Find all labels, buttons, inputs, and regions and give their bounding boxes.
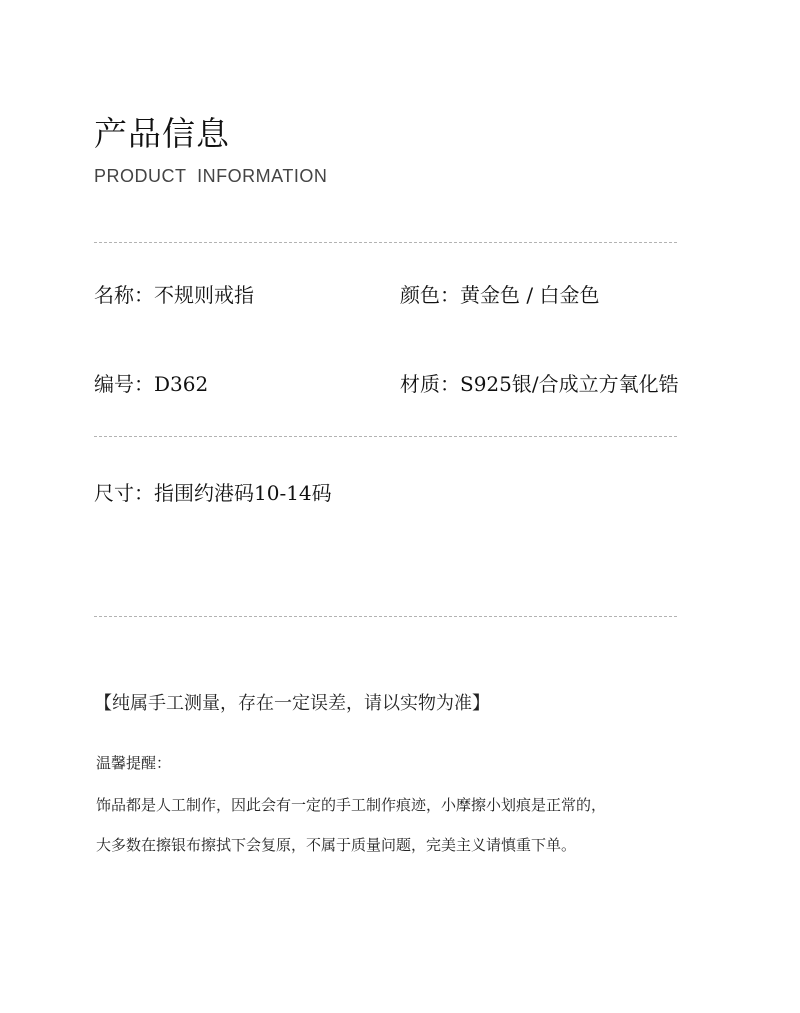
divider xyxy=(94,242,677,243)
field-code: 编号：D362 xyxy=(94,368,208,397)
reminder-line: 大多数在擦银布擦拭下会复原，不属于质量问题，完美主义请慎重下单。 xyxy=(96,834,576,855)
divider xyxy=(94,436,677,437)
page-subtitle: PRODUCT INFORMATION xyxy=(94,166,327,187)
reminder-line: 饰品都是人工制作，因此会有一定的手工制作痕迹，小摩擦小划痕是正常的， xyxy=(96,794,606,815)
page-title: 产品信息 xyxy=(94,108,230,155)
field-size: 尺寸：指围约港码10-14码 xyxy=(94,477,332,506)
measurement-disclaimer: 【纯属手工测量，存在一定误差，请以实物为准】 xyxy=(94,689,490,715)
field-material: 材质：S925银/合成立方氧化锆 xyxy=(400,368,679,397)
field-name: 名称：不规则戒指 xyxy=(94,279,254,308)
field-color: 颜色：黄金色 / 白金色 xyxy=(400,279,599,308)
reminder-label: 温馨提醒： xyxy=(96,752,171,773)
divider xyxy=(94,616,677,617)
